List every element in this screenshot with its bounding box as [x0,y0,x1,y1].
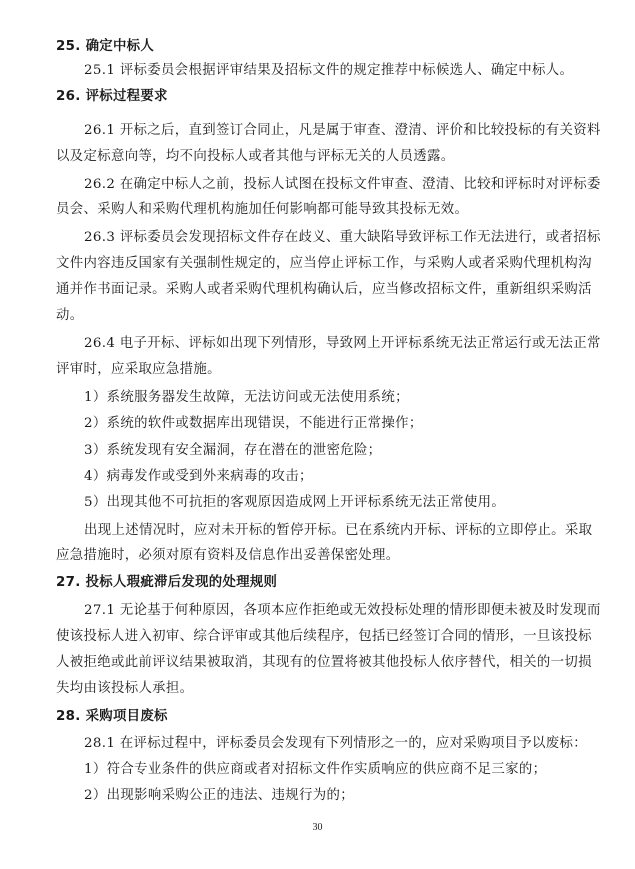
paragraph-line: 文件内容违反国家有关强制性规定的，应当停止评标工作，与采购人或者采购代理机构沟 [56,255,592,273]
paragraph-line: 出现上述情况时，应对未开标的暂停开标。已在系统内开标、评标的立即停止。采取 [84,522,592,540]
paragraph-line: 26.4 电子开标、评标如出现下列情形，导致网上开评标系统无法正常运行或无法正常 [84,335,601,353]
section-heading: 27. 投标人瑕疵滞后发现的处理规则 [56,574,277,592]
section-heading: 28. 采购项目废标 [56,708,168,726]
paragraph-line: 以及定标意向等，均不向投标人或者其他与评标无关的人员透露。 [56,148,454,166]
paragraph-line: 25.1 评标委员会根据评审结果及招标文件的规定推荐中标候选人、确定中标人。 [84,62,573,80]
paragraph-line: 2）出现影响采购公正的违法、违规行为的； [84,787,354,805]
paragraph-line: 26.1 开标之后，直到签订合同止，凡是属于审查、澄清、评价和比较投标的有关资料 [84,122,601,140]
paragraph-line: 人被拒绝或此前评议结果被取消，其现有的位置将被其他投标人依序替代，相关的一切损 [56,654,592,672]
paragraph-line: 评审时，应采取应急措施。 [56,361,221,379]
section-heading: 25. 确定中标人 [56,38,154,56]
paragraph-line: 5）出现其他不可抗拒的客观原因造成网上开评标系统无法正常使用。 [84,494,505,512]
paragraph-line: 26.3 评标委员会发现招标文件存在歧义、重大缺陷导致评标工作无法进行，或者招标 [84,229,601,247]
paragraph-line: 使该投标人进入初审、综合评审或其他后续程序，包括已经签订合同的情形，一旦该投标 [56,628,592,646]
paragraph-line: 应急措施时，必须对原有资料及信息作出妥善保密处理。 [56,547,400,565]
paragraph-line: 通并作书面记录。采购人或者采购代理机构确认后，应当修改招标文件，重新组织采购活 [56,281,592,299]
paragraph-line: 1）符合专业条件的供应商或者对招标文件作实质响应的供应商不足三家的； [84,761,546,779]
paragraph-line: 4）病毒发作或受到外来病毒的攻击； [84,468,313,486]
paragraph-line: 27.1 无论基于何种原因，各项本应作拒绝或无效投标处理的情形即便未被及时发现而 [84,602,601,620]
paragraph-line: 员会、采购人和采购代理机构施加任何影响都可能导致其投标无效。 [56,201,468,219]
paragraph-line: 28.1 在评标过程中，评标委员会发现有下列情形之一的，应对采购项目予以废标： [84,735,587,753]
paragraph-line: 失均由该投标人承担。 [56,680,193,698]
section-heading: 26. 评标过程要求 [56,88,168,106]
paragraph-line: 26.2 在确定中标人之前，投标人试图在投标文件审查、澄清、比较和评标时对评标委 [84,176,601,194]
paragraph-line: 2）系统的软件或数据库出现错误，不能进行正常操作； [84,415,423,433]
paragraph-line: 1）系统服务器发生故障，无法访问或无法使用系统； [84,389,409,407]
paragraph-line: 动。 [56,307,83,325]
paragraph-line: 3）系统发现有安全漏洞，存在潜在的泄密危险； [84,442,381,460]
page-number: 30 [0,822,635,833]
